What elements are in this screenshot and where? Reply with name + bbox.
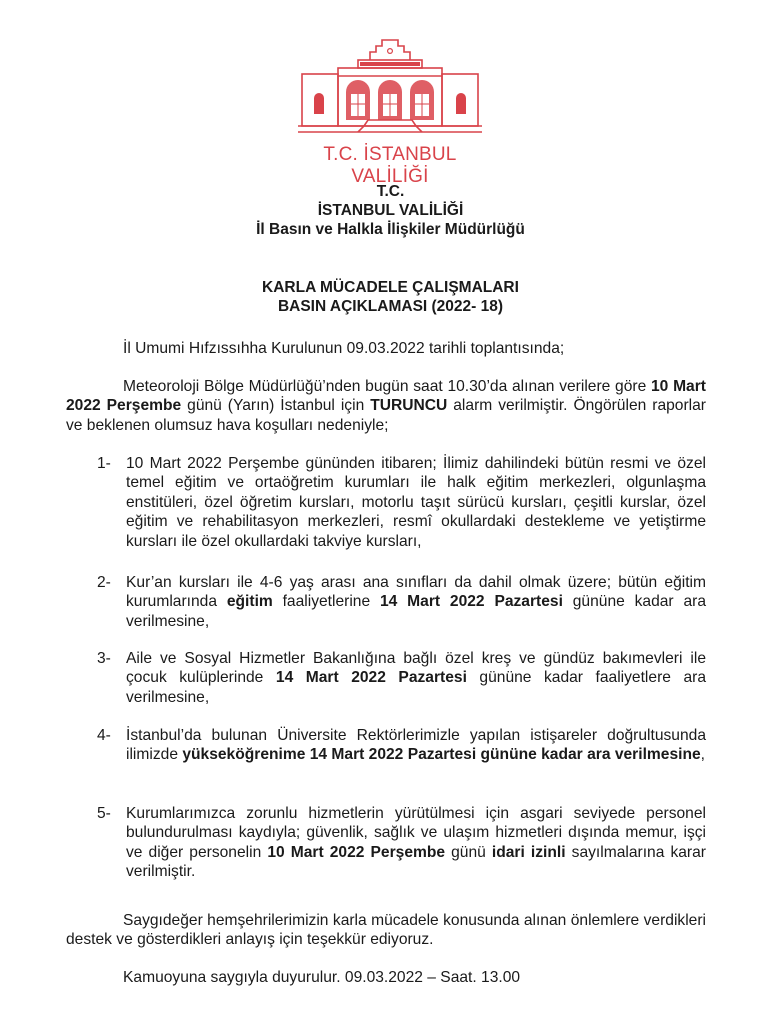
list-item: 1- 10 Mart 2022 Perşembe gününden itibar… (97, 454, 706, 551)
weather-paragraph: Meteoroloji Bölge Müdürlüğü’nden bugün s… (66, 377, 706, 435)
istanbul-governorship-building-icon (298, 36, 482, 140)
header-department: İl Basın ve Halkla İlişkiler Müdürlüğü (0, 220, 781, 239)
signoff-line: Kamuoyuna saygıyla duyurulur. 09.03.2022… (66, 968, 706, 987)
istanbul-valiligi-logo: T.C. İSTANBUL VALİLİĞİ (298, 36, 482, 166)
list-item: 5- Kurumlarımızca zorunlu hizmetlerin yü… (97, 804, 706, 882)
document-title: KARLA MÜCADELE ÇALIŞMALARI (0, 278, 781, 297)
header-institution: İSTANBUL VALİLİĞİ (0, 201, 781, 220)
document-subtitle: BASIN AÇIKLAMASI (2022- 18) (0, 297, 781, 316)
intro-paragraph: İl Umumi Hıfzıssıhha Kurulunun 09.03.202… (66, 339, 706, 358)
list-item: 4- İstanbul’da bulunan Üniversite Rektör… (97, 726, 706, 765)
list-item: 3- Aile ve Sosyal Hizmetler Bakanlığına … (97, 649, 706, 707)
header-tc: T.C. (0, 182, 781, 201)
closing-paragraph: Saygıdeğer hemşehrilerimizin karla mücad… (66, 911, 706, 950)
alert-level: TURUNCU (370, 397, 447, 414)
list-item: 2- Kur’an kursları ile 4-6 yaş arası ana… (97, 573, 706, 631)
